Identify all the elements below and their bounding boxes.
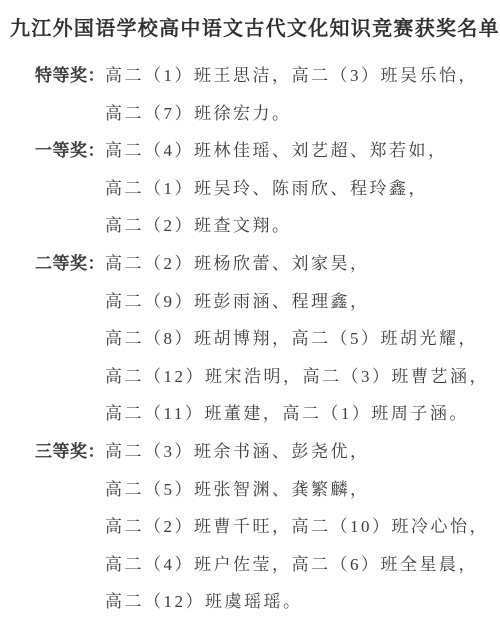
award-line-text: 高二（5）班张智渊、龚繁麟，	[105, 480, 370, 499]
award-line-text: 高二（2）班查文翔。	[105, 216, 292, 235]
award-line: 一等奖：高二（4）班林佳瑶、刘艺超、郑若如，	[105, 132, 490, 170]
award-line: 高二（11）班董建，高二（1）班周子涵。	[105, 395, 490, 433]
award-line: 高二（12）班虞瑶瑶。	[105, 583, 490, 621]
page-title: 九江外国语学校高中语文古代文化知识竞赛获奖名单	[10, 12, 490, 41]
award-line: 高二（2）班查文翔。	[105, 207, 490, 245]
award-line-text: 高二（1）班王思洁，高二（3）班吴乐怡，	[105, 66, 478, 85]
award-line: 高二（12）班宋浩明，高二（3）班曹艺涵，	[105, 358, 490, 396]
award-line-text: 高二（4）班林佳瑶、刘艺超、郑若如，	[105, 141, 448, 160]
award-line-text: 高二（9）班彭雨涵、程理鑫，	[105, 292, 370, 311]
award-label: 特等奖：	[35, 57, 105, 95]
award-line: 二等奖：高二（2）班杨欣蕾、刘家昊，	[105, 245, 490, 283]
award-line-text: 高二（8）班胡博翔，高二（5）班胡光耀，	[105, 329, 478, 348]
award-line: 三等奖：高二（3）班余书涵、彭尧优，	[105, 433, 490, 471]
award-line-text: 高二（2）班杨欣蕾、刘家昊，	[105, 254, 370, 273]
award-line: 高二（7）班徐宏力。	[105, 95, 490, 133]
award-line-text: 高二（2）班曹千旺，高二（10）班冷心怡，	[105, 517, 489, 536]
award-line-text: 高二（1）班吴玲、陈雨欣、程玲鑫，	[105, 179, 428, 198]
award-line-text: 高二（12）班宋浩明，高二（3）班曹艺涵，	[105, 367, 489, 386]
document: 九江外国语学校高中语文古代文化知识竞赛获奖名单 特等奖：高二（1）班王思洁，高二…	[0, 0, 500, 630]
award-label: 二等奖：	[35, 245, 105, 283]
award-line: 高二（4）班户佐莹，高二（6）班全星晨，	[105, 546, 490, 584]
award-line: 高二（9）班彭雨涵、程理鑫，	[105, 283, 490, 321]
award-line-text: 高二（3）班余书涵、彭尧优，	[105, 442, 370, 461]
award-line-text: 高二（4）班户佐莹，高二（6）班全星晨，	[105, 555, 478, 574]
award-label: 三等奖：	[35, 433, 105, 471]
award-line-text: 高二（12）班虞瑶瑶。	[105, 592, 303, 611]
award-line: 高二（2）班曹千旺，高二（10）班冷心怡，	[105, 508, 490, 546]
award-line: 高二（1）班吴玲、陈雨欣、程玲鑫，	[105, 170, 490, 208]
award-line-text: 高二（11）班董建，高二（1）班周子涵。	[105, 404, 469, 423]
award-line-text: 高二（7）班徐宏力。	[105, 104, 292, 123]
award-list: 特等奖：高二（1）班王思洁，高二（3）班吴乐怡，高二（7）班徐宏力。一等奖：高二…	[10, 57, 490, 621]
award-line: 高二（5）班张智渊、龚繁麟，	[105, 471, 490, 509]
award-line: 高二（8）班胡博翔，高二（5）班胡光耀，	[105, 320, 490, 358]
award-line: 特等奖：高二（1）班王思洁，高二（3）班吴乐怡，	[105, 57, 490, 95]
award-label: 一等奖：	[35, 132, 105, 170]
